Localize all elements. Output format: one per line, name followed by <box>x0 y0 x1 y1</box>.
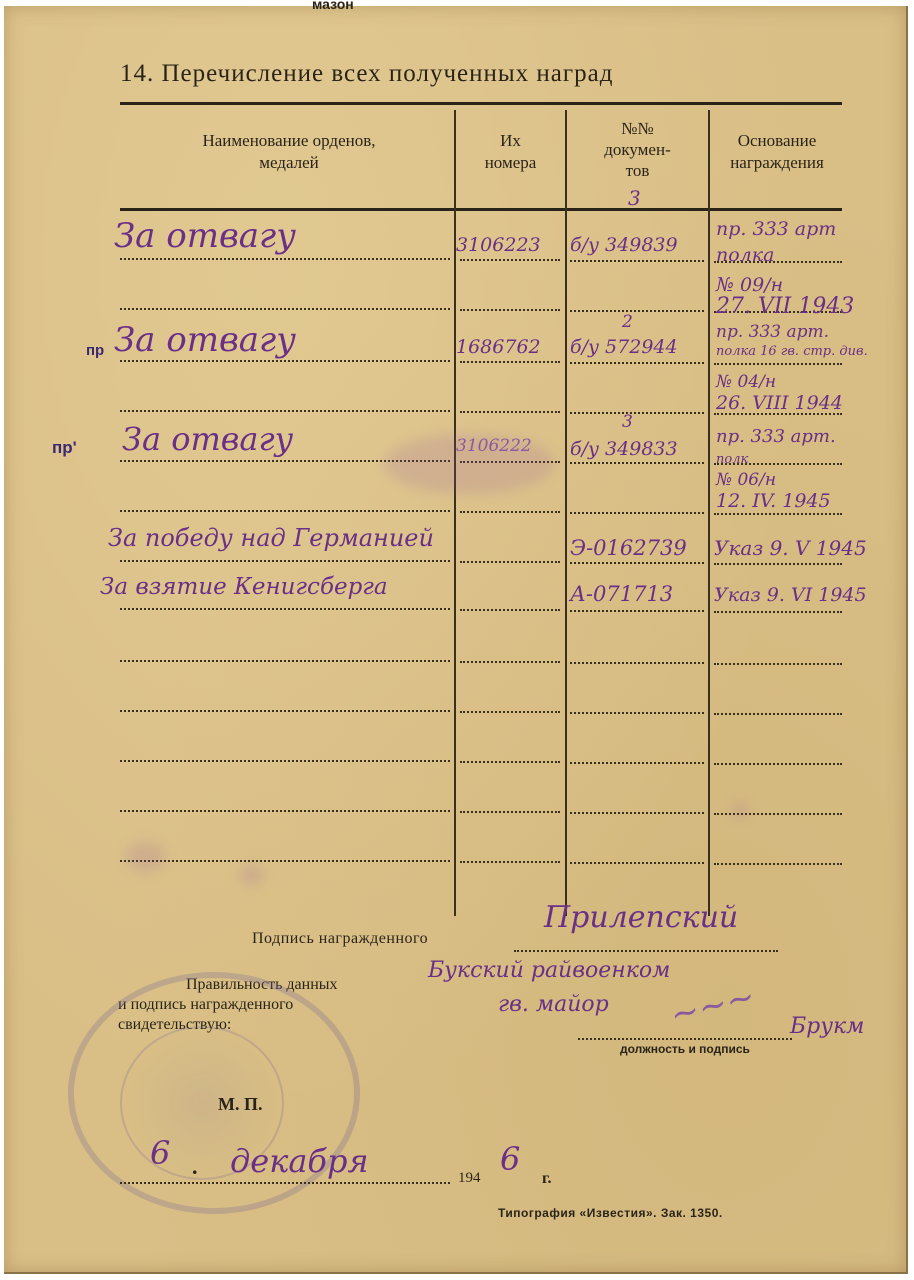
table-row-rule <box>570 310 704 312</box>
seal-label: М. П. <box>218 1094 263 1115</box>
table-row-rule <box>460 609 560 611</box>
column-divider-3 <box>708 110 710 916</box>
table-row-rule <box>570 260 704 262</box>
header-documents: №№ докумен- тов <box>567 118 708 181</box>
award-basis-line: Указ 9. V 1945 <box>714 536 867 560</box>
table-row-rule <box>714 611 842 613</box>
award-basis-line: полка <box>716 244 774 266</box>
document-page: мазон 14. Перечисление всех полученных н… <box>4 6 908 1274</box>
award-name: За отвагу <box>114 320 296 360</box>
table-row-rule <box>570 862 704 864</box>
table-row-rule <box>460 411 560 413</box>
header-award-name: Наименование орденов, медалей <box>124 130 454 174</box>
table-row-rule <box>120 660 450 662</box>
table-row-rule <box>714 663 842 665</box>
table-row-rule <box>120 560 450 562</box>
header-numbers: Их номера <box>456 130 565 174</box>
official-signature-name: Брукм <box>790 1014 864 1039</box>
award-number: 3106223 <box>456 234 541 256</box>
table-row-rule <box>460 361 560 363</box>
date-year-unit: г. <box>542 1170 551 1188</box>
ink-smudge <box>126 842 166 872</box>
table-row-rule <box>460 561 560 563</box>
award-basis-line: № 09/н <box>716 274 783 296</box>
table-row-rule <box>714 763 842 765</box>
printer-note: Типография «Известия». Зак. 1350. <box>498 1206 723 1220</box>
table-row-rule <box>120 360 450 362</box>
position-signature-line <box>578 1038 792 1040</box>
header-top-rule <box>120 102 842 105</box>
table-row-rule <box>460 309 560 311</box>
table-row-rule <box>714 513 842 515</box>
date-year-prefix: 194 <box>458 1170 481 1187</box>
award-doc-note: 3 <box>622 412 633 432</box>
table-row-rule <box>460 511 560 513</box>
table-row-rule <box>120 860 450 862</box>
ink-smudge <box>240 864 264 886</box>
table-row-rule <box>570 512 704 514</box>
award-basis-line: № 04/н <box>716 372 776 392</box>
table-row-rule <box>570 412 704 414</box>
table-row-rule <box>714 713 842 715</box>
column-divider-2 <box>565 110 567 916</box>
award-basis-line: № 06/н <box>716 470 776 490</box>
table-row-rule <box>570 362 704 364</box>
date-dot: . <box>192 1154 198 1180</box>
award-basis-line: 27. VII 1943 <box>716 294 854 319</box>
award-prefix-stamp: пр' <box>52 438 77 458</box>
award-name: За отвагу <box>122 420 293 458</box>
awardee-signature: Прилепский <box>544 900 738 935</box>
ink-smudge <box>732 802 748 818</box>
date-year-suffix: 6 <box>500 1140 520 1178</box>
award-document: Э-0162739 <box>570 536 687 560</box>
section-title: 14. Перечисление всех полученных наград <box>120 60 613 88</box>
table-row-rule <box>120 410 450 412</box>
award-basis-line: 26. VIII 1944 <box>716 392 843 414</box>
signature-line <box>514 950 778 952</box>
date-day: 6 <box>150 1134 170 1172</box>
award-name: За победу над Германией <box>108 524 434 552</box>
table-row-rule <box>120 308 450 310</box>
award-document: б/у 572944 <box>570 336 678 358</box>
award-document: б/у 349833 <box>570 438 678 460</box>
table-row-rule <box>120 510 450 512</box>
award-doc-note: 2 <box>622 312 633 332</box>
table-row-rule <box>460 711 560 713</box>
top-cut-text: мазон <box>312 0 354 12</box>
table-row-rule <box>460 761 560 763</box>
table-row-rule <box>460 661 560 663</box>
header-basis: Основание награждения <box>710 130 844 174</box>
award-name: За взятие Кенигсберга <box>100 574 388 600</box>
table-row-rule <box>570 812 704 814</box>
header-bottom-rule <box>120 208 842 211</box>
position-label: должность и подпись <box>620 1042 750 1056</box>
award-basis-line: полка 16 гв. стр. див. <box>716 344 868 359</box>
award-basis-line: пр. 333 арт <box>716 218 836 240</box>
table-row-rule <box>120 258 450 260</box>
certify-rank-line: гв. майор <box>498 992 609 1017</box>
date-month: декабря <box>230 1142 369 1180</box>
award-basis-line: пр. 333 арт. <box>716 426 836 447</box>
award-number: 1686762 <box>456 336 541 358</box>
signature-label: Подпись награжденного <box>252 930 428 948</box>
column-divider-1 <box>454 110 456 916</box>
table-row-rule <box>570 662 704 664</box>
certify-position-line: Букский райвоенком <box>428 958 670 983</box>
table-row-rule <box>120 710 450 712</box>
award-basis-line: полк <box>716 452 748 467</box>
official-signature: ~~~ <box>666 976 759 1035</box>
table-row-rule <box>460 811 560 813</box>
table-row-rule <box>120 760 450 762</box>
table-row-rule <box>570 462 704 464</box>
table-row-rule <box>570 762 704 764</box>
table-row-rule <box>714 363 842 365</box>
header-docs-note: 3 <box>628 186 641 210</box>
table-row-rule <box>120 810 450 812</box>
table-row-rule <box>120 608 450 610</box>
award-basis-line: 12. IV. 1945 <box>716 490 831 512</box>
award-document: б/у 349839 <box>570 234 678 256</box>
date-line <box>120 1182 450 1184</box>
award-basis-line: Указ 9. VI 1945 <box>714 584 867 606</box>
table-row-rule <box>460 861 560 863</box>
award-prefix-stamp: пр <box>86 342 104 359</box>
table-row-rule <box>714 863 842 865</box>
award-basis-line: пр. 333 арт. <box>716 322 829 342</box>
table-row-rule <box>460 259 560 261</box>
award-name: За отвагу <box>114 216 296 256</box>
award-document: А-071713 <box>570 582 673 606</box>
table-row-rule <box>570 712 704 714</box>
table-row-rule <box>570 562 704 564</box>
table-row-rule <box>714 563 842 565</box>
award-number: 3106222 <box>456 436 532 456</box>
table-row-rule <box>570 610 704 612</box>
